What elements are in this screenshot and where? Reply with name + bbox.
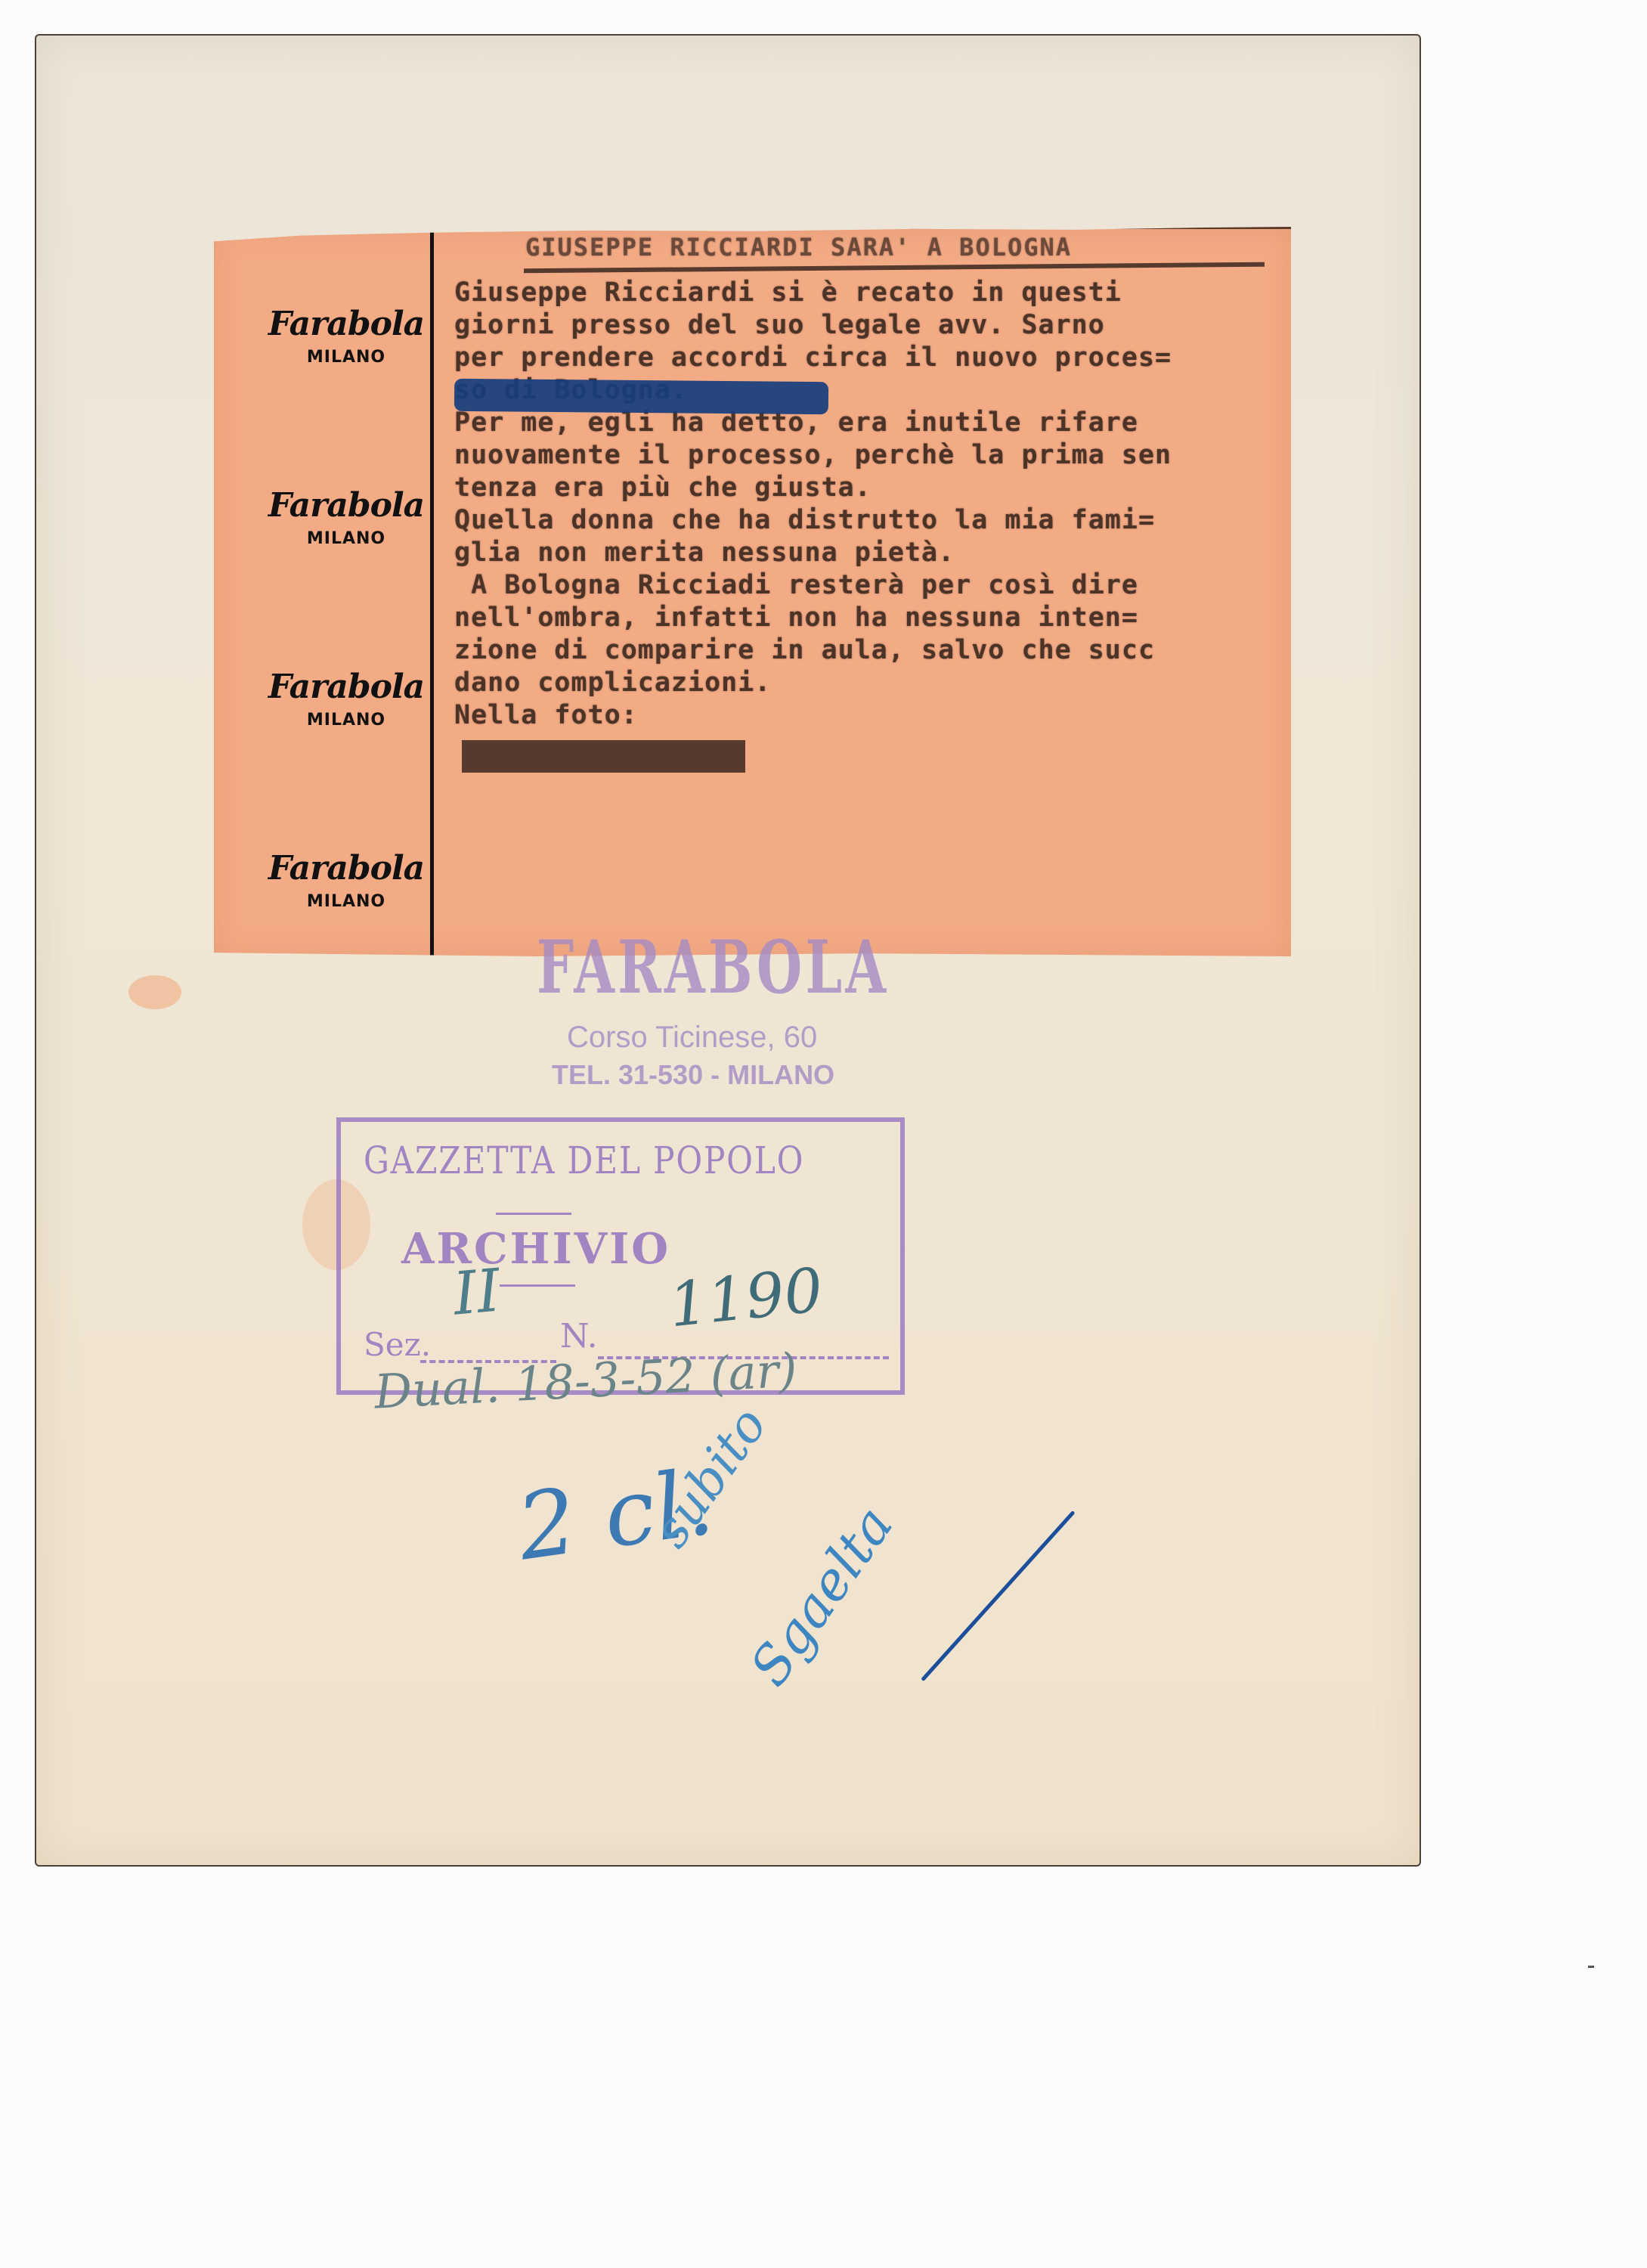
caption-line: zione di comparire in aula, salvo che su…: [454, 634, 1172, 666]
section-label: Sez.: [364, 1326, 431, 1363]
stamp-rule: [496, 1213, 571, 1215]
scan-speck: [1588, 1966, 1594, 1968]
number-label: N.: [560, 1317, 598, 1356]
caption-line: tenza era più che giusta.: [454, 471, 1172, 503]
vertical-divider: [430, 229, 434, 956]
agency-stamp-name: FARABOLA: [537, 930, 798, 1005]
agency-stamp-phone: TEL. 31-530 - MILANO: [552, 1059, 899, 1091]
brand-city: MILANO: [267, 892, 426, 911]
ink-strikethrough: [454, 379, 828, 414]
brand-block: Farabola MILANO: [267, 849, 426, 911]
caption-line: Quella donna che ha distrutto la mia fam…: [454, 503, 1172, 536]
brand-name: Farabola: [267, 668, 426, 706]
caption-body: Giuseppe Ricciardi si è recato in questi…: [454, 276, 1172, 731]
brand-city: MILANO: [267, 711, 426, 730]
archive-stamp-newspaper: GAZZETTA DEL POPOLO: [364, 1139, 804, 1182]
caption-line: Giuseppe Ricciardi si è recato in questi: [454, 276, 1172, 308]
brand-city: MILANO: [267, 348, 426, 367]
caption-line: per prendere accordi circa il nuovo proc…: [454, 341, 1172, 373]
stamp-rule: [500, 1284, 575, 1287]
stain: [128, 975, 181, 1009]
caption-line: nell'ombra, infatti non ha nessuna inten…: [454, 601, 1172, 634]
caption-label: Farabola MILANO Farabola MILANO Farabola…: [214, 227, 1291, 956]
caption-line: nuovamente il processo, perchè la prima …: [454, 438, 1172, 471]
brand-block: Farabola MILANO: [267, 668, 426, 730]
brand-name: Farabola: [267, 305, 426, 343]
brand-block: Farabola MILANO: [267, 305, 426, 367]
archive-stamp-title: ARCHIVIO: [401, 1224, 670, 1274]
caption-line: giorni presso del suo legale avv. Sarno: [454, 308, 1172, 341]
caption-line: glia non merita nessuna pietà.: [454, 536, 1172, 569]
caption-line: dano complicazioni.: [454, 666, 1172, 699]
agency-stamp: FARABOLA Corso Ticinese, 60 TEL. 31-530 …: [522, 930, 899, 1091]
brand-city: MILANO: [267, 529, 426, 548]
caption-line: Nella foto:: [454, 699, 1172, 731]
agency-stamp-address: Corso Ticinese, 60: [567, 1021, 899, 1055]
brand-name: Farabola: [267, 849, 426, 888]
brand-column: Farabola MILANO Farabola MILANO Farabola…: [214, 229, 433, 956]
caption-line: A Bologna Ricciadi resterà per così dire: [454, 569, 1172, 601]
caption-headline: GIUSEPPE RICCIARDI SARA' A BOLOGNA: [525, 231, 1072, 265]
brand-name: Farabola: [267, 486, 426, 525]
nella-foto-underline: [462, 740, 745, 773]
brand-block: Farabola MILANO: [267, 486, 426, 548]
handwritten-section-value: II: [450, 1256, 503, 1328]
